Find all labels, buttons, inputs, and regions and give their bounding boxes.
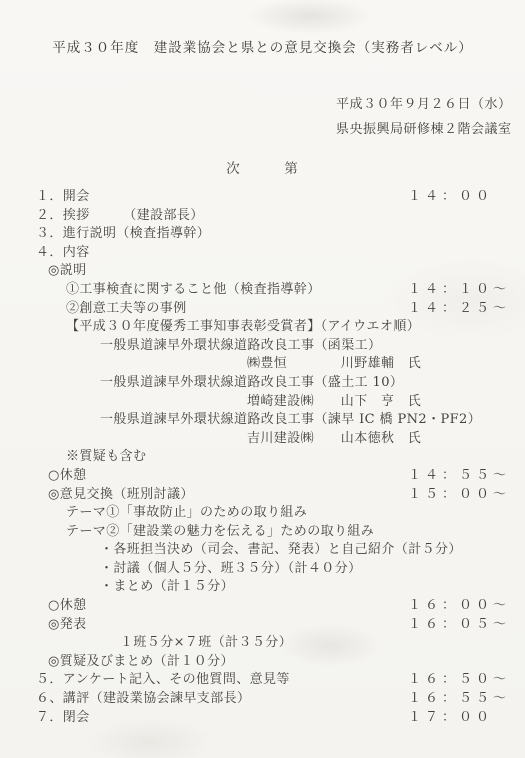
agenda-item-text: 一般県道諫早外環状線道路改良工事（函渠工）	[100, 338, 381, 353]
agenda-row: ２．挨拶 （建設部長）	[0, 207, 525, 226]
agenda-item-text: ②創意工夫等の事例	[66, 301, 187, 316]
agenda-row: ㈱豊恒 川野雄輔 氏	[0, 355, 525, 374]
agenda-item-time: １６：００～	[408, 597, 510, 616]
agenda-item-text: 増崎建設㈱ 山下 亨 氏	[247, 394, 421, 409]
agenda-item-time: １５：００～	[408, 486, 510, 505]
agenda-row: ◎意見交換（班別討議）１５：００～	[0, 486, 525, 505]
agenda-row: ５．アンケート記入、その他質問、意見等１６：５０～	[0, 671, 525, 690]
agenda-heading: 次 第	[0, 157, 525, 177]
agenda-row: テーマ②「建設業の魅力を伝える」ための取り組み	[0, 523, 525, 542]
agenda-item-text: ※質疑も含む	[66, 449, 146, 464]
agenda-row: ３．進行説明（検査指導幹）	[0, 225, 525, 244]
agenda-item-text: ５．アンケート記入、その他質問、意見等	[36, 672, 290, 687]
agenda-row: テーマ①「事故防止」のための取り組み	[0, 504, 525, 523]
agenda-item-text: テーマ②「建設業の魅力を伝える」ための取り組み	[66, 524, 374, 539]
agenda-row: ◎発表１６：０５～	[0, 616, 525, 635]
meta-block: 平成３０年９月２６日（水） 県央振興局研修棟２階会議室	[336, 92, 512, 142]
agenda-item-text: ６、講評（建設業協会諫早支部長）	[36, 691, 250, 706]
agenda-row: ・各班担当決め（司会、書記、発表）と自己紹介（計５分）	[0, 541, 525, 560]
agenda-row: ※質疑も含む	[0, 448, 525, 467]
agenda-row: ②創意工夫等の事例１４：２５～	[0, 300, 525, 319]
agenda-row: 一般県道諫早外環状線道路改良工事（諫早 IC 橋 PN2・PF2）	[0, 411, 525, 430]
agenda-item-text: ・各班担当決め（司会、書記、発表）と自己紹介（計５分）	[100, 542, 462, 557]
agenda-item-text: ３．進行説明（検査指導幹）	[36, 226, 210, 241]
agenda-item-text: １班５分×７班（計３５分）	[120, 635, 292, 650]
agenda-row: ６、講評（建設業協会諫早支部長）１６：５５～	[0, 690, 525, 709]
agenda-item-time: １６：０５～	[408, 616, 510, 635]
agenda-item-time: １６：５０～	[408, 671, 510, 690]
agenda-item-text: 【平成３０年度優秀工事知事表彰受賞者】（アイウエオ順）	[66, 319, 420, 334]
agenda-item-time: １４：００	[408, 188, 493, 207]
agenda-item-time: １４：２５～	[408, 300, 510, 319]
agenda-item-text: ・討議（個人５分、班３５分）（計４０分）	[100, 561, 362, 576]
agenda-item-text: ・まとめ（計１５分）	[100, 579, 234, 594]
agenda-row: 一般県道諫早外環状線道路改良工事（盛土工 10）	[0, 374, 525, 393]
agenda-item-text: ○休憩	[48, 598, 87, 613]
agenda-row: ・まとめ（計１５分）	[0, 578, 525, 597]
agenda-item-text: ㈱豊恒 川野雄輔 氏	[247, 356, 421, 371]
agenda-item-text: ◎質疑及びまとめ（計１０分）	[48, 654, 234, 669]
agenda-row: １班５分×７班（計３５分）	[0, 634, 525, 653]
agenda-row: ・討議（個人５分、班３５分）（計４０分）	[0, 560, 525, 579]
agenda-item-text: １．開会	[36, 189, 90, 204]
agenda-item-text: ２．挨拶 （建設部長）	[36, 208, 204, 223]
agenda-item-time: １７：００	[408, 709, 493, 728]
document-page: 平成３０年度 建設業協会と県との意見交換会（実務者レベル） 平成３０年９月２６日…	[0, 0, 525, 758]
agenda-item-text: ①工事検査に関すること他（検査指導幹）	[66, 282, 321, 297]
agenda-row: 【平成３０年度優秀工事知事表彰受賞者】（アイウエオ順）	[0, 318, 525, 337]
document-title: 平成３０年度 建設業協会と県との意見交換会（実務者レベル）	[0, 36, 525, 56]
agenda-item-text: ◎発表	[48, 617, 87, 632]
agenda-row: 吉川建設㈱ 山本徳秋 氏	[0, 430, 525, 449]
agenda-item-time: １４：５５～	[408, 467, 510, 486]
agenda-item-text: 吉川建設㈱ 山本徳秋 氏	[247, 431, 421, 446]
agenda-row: ○休憩１４：５５～	[0, 467, 525, 486]
agenda-item-text: ○休憩	[48, 468, 87, 483]
agenda-item-text: 一般県道諫早外環状線道路改良工事（諫早 IC 橋 PN2・PF2）	[100, 412, 481, 427]
agenda-item-text: ４．内容	[36, 245, 90, 260]
agenda-item-text: テーマ①「事故防止」のための取り組み	[66, 505, 307, 520]
agenda-row: ◎質疑及びまとめ（計１０分）	[0, 653, 525, 672]
agenda-row: 一般県道諫早外環状線道路改良工事（函渠工）	[0, 337, 525, 356]
agenda-row: ○休憩１６：００～	[0, 597, 525, 616]
agenda-row: ①工事検査に関すること他（検査指導幹）１４：１０～	[0, 281, 525, 300]
agenda-item-text: 一般県道諫早外環状線道路改良工事（盛土工 10）	[100, 375, 403, 390]
agenda-item-text: ◎意見交換（班別討議）	[48, 487, 194, 502]
agenda-list: １．開会１４：００２．挨拶 （建設部長）３．進行説明（検査指導幹）４．内容◎説明…	[0, 188, 525, 727]
agenda-item-time: １４：１０～	[408, 281, 510, 300]
meeting-date: 平成３０年９月２６日（水）	[336, 92, 512, 117]
meeting-venue: 県央振興局研修棟２階会議室	[336, 117, 512, 142]
agenda-row: 増崎建設㈱ 山下 亨 氏	[0, 393, 525, 412]
agenda-item-text: ７．閉会	[36, 710, 90, 725]
agenda-row: ◎説明	[0, 262, 525, 281]
agenda-item-time: １６：５５～	[408, 690, 510, 709]
agenda-item-text: ◎説明	[48, 263, 87, 278]
agenda-row: １．開会１４：００	[0, 188, 525, 207]
agenda-row: ７．閉会１７：００	[0, 709, 525, 728]
agenda-row: ４．内容	[0, 244, 525, 263]
